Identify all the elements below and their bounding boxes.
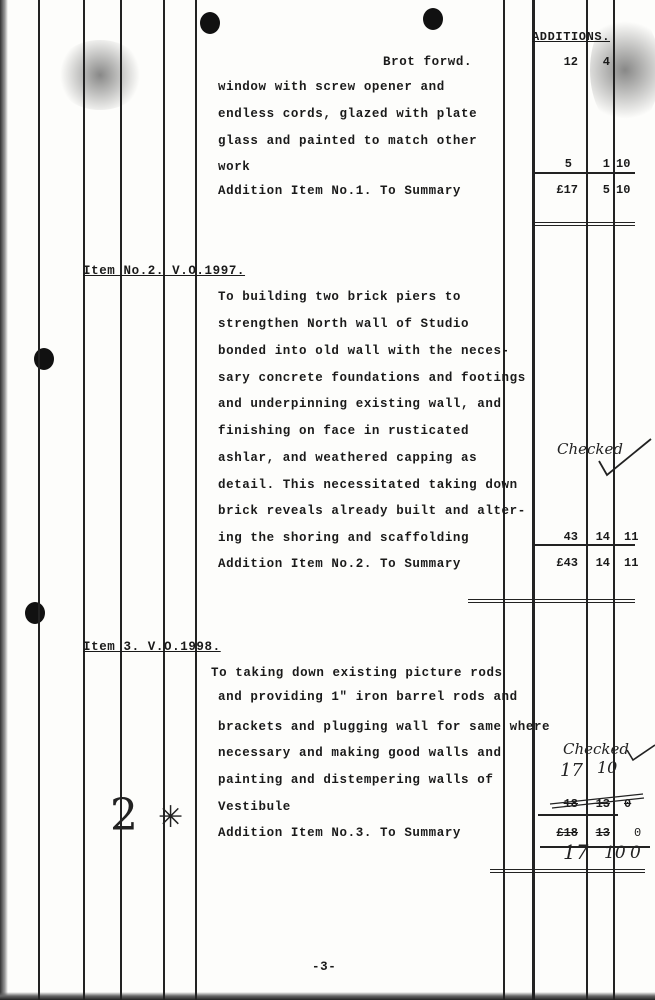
item2-heading: Item No.2. V.O.1997. [83,264,245,278]
punch-hole [200,12,220,34]
item2-line: detail. This necessitated taking down [218,478,518,492]
item1-line: window with screw opener and [218,80,445,94]
handwritten-shillings: 10 [597,758,617,777]
item2-line-pounds: 43 [540,530,578,544]
ink-smudge [590,10,655,130]
item2-line: ashlar, and weathered capping as [218,451,477,465]
checkmark-icon [625,742,655,762]
item3-heading: Item 3. V.O.1998. [83,640,221,654]
subtotal-rule [538,814,618,816]
brought-forward-shillings: 4 [590,55,610,69]
item2-line: and underpinning existing wall, and [218,397,502,411]
item2-line: finishing on face in rusticated [218,424,469,438]
item1-summary-label: Addition Item No.1. To Summary [218,184,461,198]
item2-line: sary concrete foundations and footings [218,371,526,385]
margin-numeral: 2 [110,790,138,841]
checked-annotation: Checked [563,740,629,758]
item1-line: endless cords, glazed with plate [218,107,477,121]
item2-line: strengthen North wall of Studio [218,317,469,331]
item2-summary-shillings: 14 [590,556,610,570]
punch-hole [423,8,443,30]
item2-line: To building two brick piers to [218,290,461,304]
scan-edge-bottom [0,992,655,1000]
margin-star-mark: ✳ [158,800,183,835]
corrected-summary-pounds: 17 [563,840,588,864]
item2-line: brick reveals already built and alter- [218,504,526,518]
total-double-rule [468,599,635,600]
item1-summary-pence: 10 [616,183,636,197]
punch-hole [34,348,54,370]
rule-line [38,0,40,1000]
corrected-summary-pence: 0 [630,843,641,863]
rule-line [532,0,535,1000]
punch-hole [25,602,45,624]
subtotal-rule [535,544,635,546]
corrected-summary-shillings: 10 [604,843,626,863]
document-page: ADDITIONS. Brot forwd. 12 4 window with … [0,0,655,1000]
item1-line-pounds: 5 [540,157,572,171]
item1-line-shillings: 1 [590,157,610,171]
checkmark-icon [595,435,655,480]
scan-edge-left [0,0,8,1000]
strikethrough-mark [548,790,648,810]
item1-line: glass and painted to match other [218,134,477,148]
item3-line: necessary and making good walls and [218,746,502,760]
rule-line [163,0,165,1000]
item1-summary-pounds: £17 [540,183,578,197]
brought-forward-label: Brot forwd. [383,55,472,69]
item1-line-pence: 10 [616,157,636,171]
rule-line [195,0,197,1000]
ink-smudge [55,40,145,110]
total-double-rule [532,222,635,223]
rule-line [120,0,122,1000]
struck-summary-pounds: £18 [540,826,578,840]
rule-line [83,0,85,1000]
item1-summary-shillings: 5 [590,183,610,197]
item2-summary-pence: 11 [624,556,644,570]
item2-line-pence: 11 [624,530,644,544]
subtotal-rule [535,172,635,174]
struck-summary-shillings: 13 [590,826,610,840]
item3-line: painting and distempering walls of [218,773,493,787]
item3-line: brackets and plugging wall for same wher… [218,720,550,734]
rule-line [503,0,505,1000]
handwritten-pounds: 17 [560,760,583,781]
item2-summary-label: Addition Item No.2. To Summary [218,557,461,571]
item2-line-shillings: 14 [590,530,610,544]
item2-summary-pounds: £43 [540,556,578,570]
total-double-rule [490,869,645,870]
brought-forward-pounds: 12 [540,55,578,69]
item1-line: work [218,160,250,174]
page-number: -3- [312,960,336,974]
item3-line: To taking down existing picture rods [211,666,503,680]
item3-summary-label: Addition Item No.3. To Summary [218,826,461,840]
item2-line: bonded into old wall with the neces- [218,344,510,358]
item3-line: and providing 1" iron barrel rods and [218,690,518,704]
item3-line: Vestibule [218,800,291,814]
item2-line: ing the shoring and scaffolding [218,531,469,545]
additions-column-heading: ADDITIONS. [532,30,610,44]
struck-summary-pence: 0 [634,826,654,840]
